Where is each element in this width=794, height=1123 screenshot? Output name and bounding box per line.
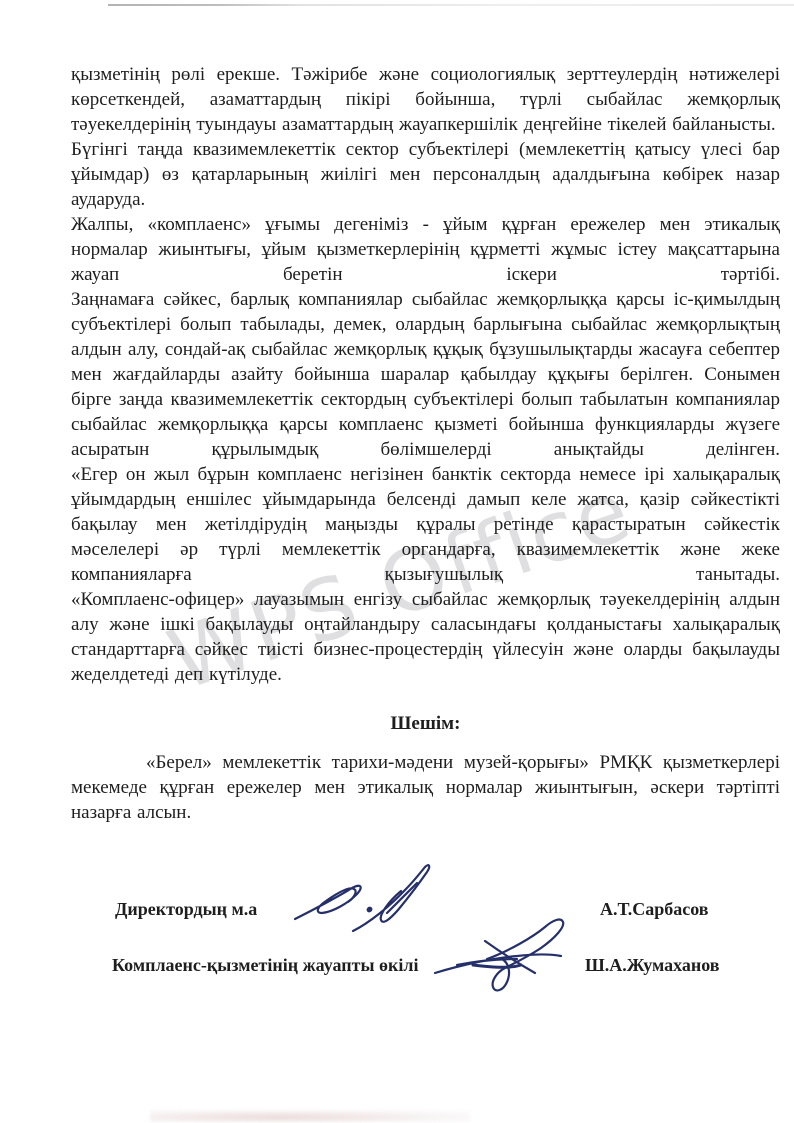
paragraph-compliance-definition: Жалпы, «комплаенс» ұғымы дегеніміз - ұйы… [71, 212, 780, 287]
scan-smudge-bottom [150, 1110, 470, 1122]
decision-paragraph: «Берел» мемлекеттік тарихи-мәдени музей-… [71, 750, 780, 825]
document-body: қызметінің рөлі ерекше. Тәжірибе және со… [71, 62, 780, 1023]
paragraph-compliance-history: «Егер он жыл бұрын комплаенс негізінен б… [71, 462, 780, 587]
scan-artifact-top-line [108, 4, 794, 6]
paragraph-legislation: Заңнамаға сәйкес, барлық компаниялар сыб… [71, 287, 780, 462]
signatory-name-director: А.Т.Сарбасов [600, 899, 708, 920]
signatory-role-director: Директордың м.а [115, 899, 257, 920]
signature-block: Директордың м.а А.Т.Сарбасов Комплаенс-қ… [71, 863, 780, 1023]
paragraph-quasi-state-sector: Бүгінгі таңда квазимемлекеттік сектор су… [71, 137, 780, 212]
paragraph-role-importance: қызметінің рөлі ерекше. Тәжірибе және со… [71, 62, 780, 137]
director-signature-ink [291, 857, 446, 941]
signatory-name-compliance: Ш.А.Жумаханов [585, 955, 720, 976]
compliance-officer-signature-ink [429, 913, 581, 1005]
decision-heading: Шешім: [71, 711, 780, 736]
signatory-role-compliance: Комплаенс-қызметінің жауапты өкілі [112, 955, 419, 976]
paragraph-compliance-officer: «Комплаенс-офицер» лауазымын енгізу сыба… [71, 587, 780, 687]
